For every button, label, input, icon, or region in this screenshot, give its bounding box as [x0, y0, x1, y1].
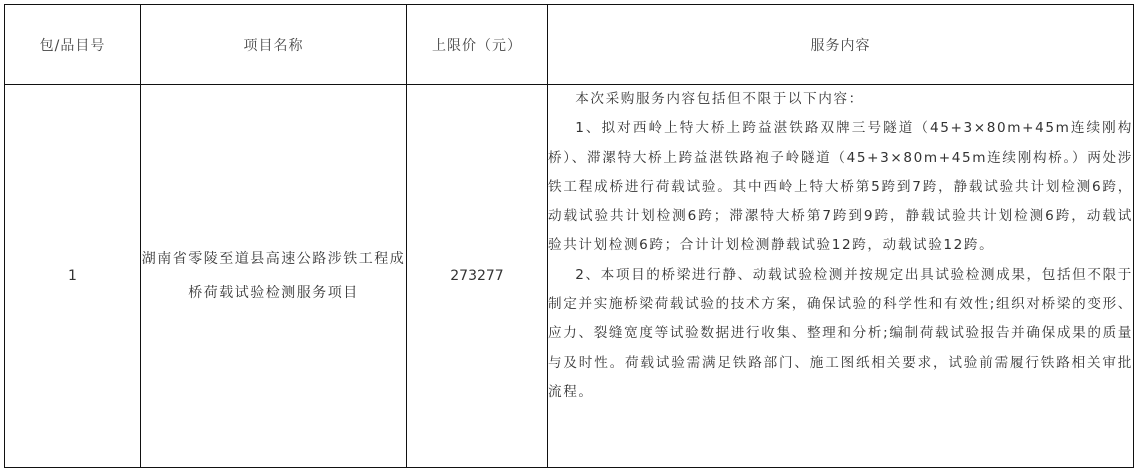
header-project-name: 项目名称: [141, 5, 407, 85]
table-header-row: 包/品目号 项目名称 上限价（元） 服务内容: [5, 5, 1134, 85]
service-item-2: 2、本项目的桥梁进行静、动载试验检测并按规定出具试验检测成果，包括但不限于制定并…: [548, 261, 1133, 407]
cell-service-content: 本次采购服务内容包括但不限于以下内容： 1、拟对西岭上特大桥上跨益湛铁路双牌三号…: [548, 85, 1134, 468]
cell-project-name: 湖南省零陵至道县高速公路涉铁工程成桥荷载试验检测服务项目: [141, 85, 407, 468]
header-package-no: 包/品目号: [5, 5, 141, 85]
service-intro: 本次采购服务内容包括但不限于以下内容：: [548, 85, 1133, 114]
service-item-1: 1、拟对西岭上特大桥上跨益湛铁路双牌三号隧道（45+3×80m+45m连续刚构桥…: [548, 114, 1133, 260]
cell-package-no: 1: [5, 85, 141, 468]
cell-price-cap: 273277: [407, 85, 548, 468]
header-price-cap: 上限价（元）: [407, 5, 548, 85]
procurement-table: 包/品目号 项目名称 上限价（元） 服务内容 1 湖南省零陵至道县高速公路涉铁工…: [4, 4, 1134, 468]
header-service-content: 服务内容: [548, 5, 1134, 85]
table-row: 1 湖南省零陵至道县高速公路涉铁工程成桥荷载试验检测服务项目 273277 本次…: [5, 85, 1134, 468]
